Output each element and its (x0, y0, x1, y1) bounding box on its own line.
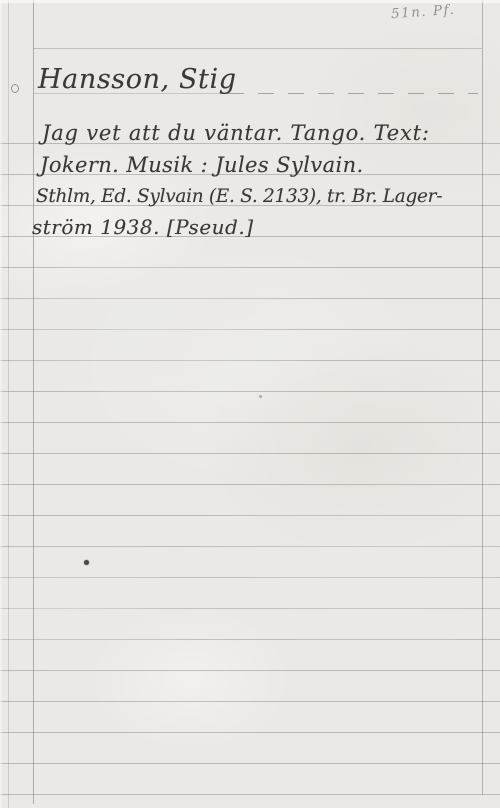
right-margin-line (482, 0, 483, 795)
scan-left-edge (0, 0, 2, 808)
scan-top-edge (0, 0, 500, 3)
heading-rule-line-dashes (228, 93, 478, 94)
entry-line-imprint: Sthlm, Ed. Sylvain (E. S. 2133), tr. Br.… (36, 188, 442, 207)
catalog-card-scan: 51n. Pf. Hansson, Stig Jag vet att du vä… (0, 0, 500, 808)
faint-speck (259, 395, 262, 398)
margin-circle-mark (11, 84, 19, 93)
card-heading: Hansson, Stig (38, 66, 237, 93)
ink-speck (84, 560, 89, 565)
margin-rule-line (33, 0, 34, 804)
entry-line-imprint-continued: ström 1938. [Pseud.] (32, 217, 254, 237)
entry-line-title: Jag vet att du väntar. Tango. Text: (42, 123, 430, 144)
left-edge-line (8, 0, 9, 808)
entry-line-credits: Jokern. Musik : Jules Sylvain. (40, 155, 364, 176)
top-rule-line (33, 48, 482, 49)
